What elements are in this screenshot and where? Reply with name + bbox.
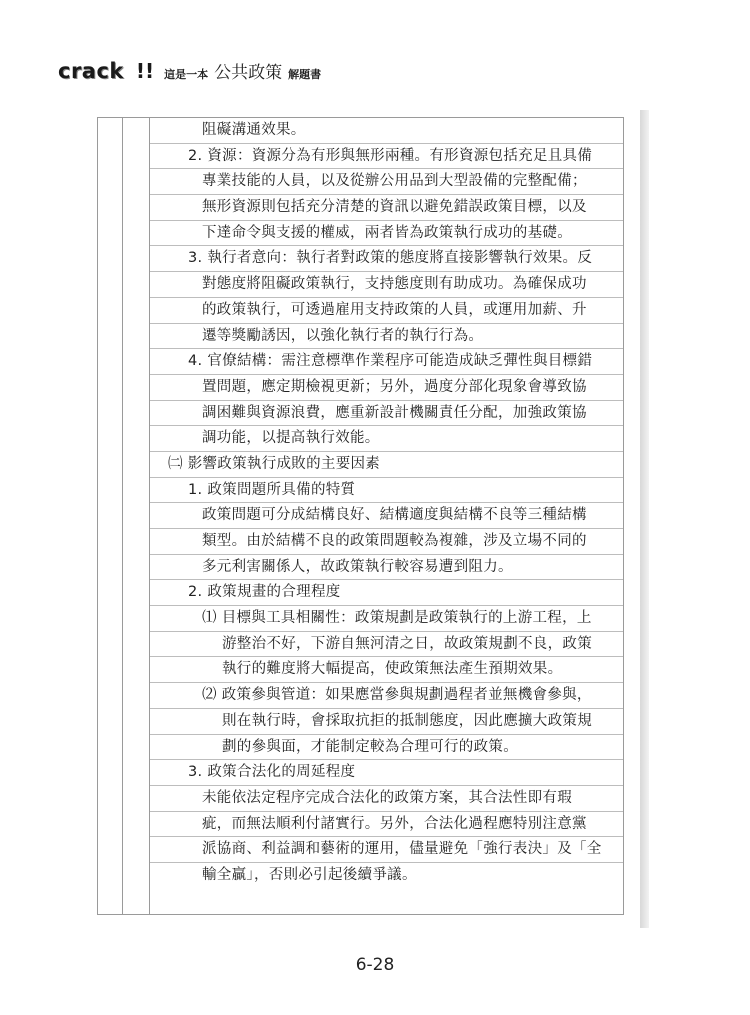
text-line: 3. 執行者意向：執行者對政策的態度將直接影響執行效果。反 — [150, 246, 623, 272]
text-line: 調困難與資源浪費，應重新設計機關責任分配，加強政策協 — [150, 401, 623, 427]
text-line: 多元利害關係人，故政策執行較容易遭到阻力。 — [150, 555, 623, 581]
text-line: 劃的參與面，才能制定較為合理可行的政策。 — [150, 735, 623, 761]
text-rows: 阻礙溝通效果。2. 資源：資源分為有形與無形兩種。有形資源包括充足且具備專業技能… — [150, 118, 623, 914]
page-number: 6-28 — [0, 955, 750, 975]
text-line: 類型。由於結構不良的政策問題較為複雜，涉及立場不同的 — [150, 529, 623, 555]
text-line: 置問題，應定期檢視更新；另外，過度分部化現象會導致協 — [150, 375, 623, 401]
text-line: 3. 政策合法化的周延程度 — [150, 760, 623, 786]
text-line: 4. 官僚結構：需注意標準作業程序可能造成缺乏彈性與目標錯 — [150, 349, 623, 375]
subject-title: 公共政策 — [214, 58, 282, 83]
tagline-suffix: 解題書 — [288, 66, 321, 82]
text-line: 疵，而無法順利付諸實行。另外，合法化過程應特別注意黨 — [150, 812, 623, 838]
text-line: 專業技能的人員，以及從辦公用品到大型設備的完整配備； — [150, 169, 623, 195]
page-header: crack !! 這是一本 公共政策 解題書 — [58, 58, 327, 84]
text-line: 派協商、利益調和藝術的運用，儘量避免「強行表決」及「全 — [150, 837, 623, 863]
text-line: 調功能，以提高執行效能。 — [150, 426, 623, 452]
text-line: 執行的難度將大幅提高，使政策無法產生預期效果。 — [150, 657, 623, 683]
text-line: 阻礙溝通效果。 — [150, 118, 623, 144]
text-line: 下達命令與支援的權威，兩者皆為政策執行成功的基礎。 — [150, 221, 623, 247]
text-line: 遷等獎勵誘因，以強化執行者的執行行為。 — [150, 324, 623, 350]
text-line: 的政策執行，可透過雇用支持政策的人員，或運用加薪、升 — [150, 298, 623, 324]
text-line: 未能依法定程序完成合法化的政策方案，其合法性即有瑕 — [150, 786, 623, 812]
text-line: 1. 政策問題所具備的特質 — [150, 478, 623, 504]
text-line: 2. 資源：資源分為有形與無形兩種。有形資源包括充足且具備 — [150, 144, 623, 170]
text-line: 輸全贏」，否則必引起後續爭議。 — [150, 863, 623, 889]
text-line: 無形資源則包括充分清楚的資訊以避免錯誤政策目標，以及 — [150, 195, 623, 221]
text-line: 2. 政策規畫的合理程度 — [150, 580, 623, 606]
text-line: 則在執行時，會採取抗拒的抵制態度，因此應擴大政策規 — [150, 709, 623, 735]
content-table: 阻礙溝通效果。2. 資源：資源分為有形與無形兩種。有形資源包括充足且具備專業技能… — [97, 117, 624, 915]
brand-exclamation-icon: !! — [136, 59, 154, 83]
tagline-prefix: 這是一本 — [164, 66, 208, 82]
text-line: 游整治不好，下游自無河清之日，故政策規劃不良，政策 — [150, 632, 623, 658]
brand-logo: crack — [58, 59, 124, 83]
margin-column-1 — [98, 118, 123, 914]
text-line: 政策問題可分成結構良好、結構適度與結構不良等三種結構 — [150, 503, 623, 529]
text-line: ⑴ 目標與工具相關性：政策規劃是政策執行的上游工程，上 — [150, 606, 623, 632]
margin-column-2 — [123, 118, 150, 914]
text-line: ㈡ 影響政策執行成敗的主要因素 — [150, 452, 623, 478]
page-edge-shadow — [640, 110, 649, 928]
text-line: 對態度將阻礙政策執行，支持態度則有助成功。為確保成功 — [150, 272, 623, 298]
text-line: ⑵ 政策參與管道：如果應當參與規劃過程者並無機會參與， — [150, 683, 623, 709]
